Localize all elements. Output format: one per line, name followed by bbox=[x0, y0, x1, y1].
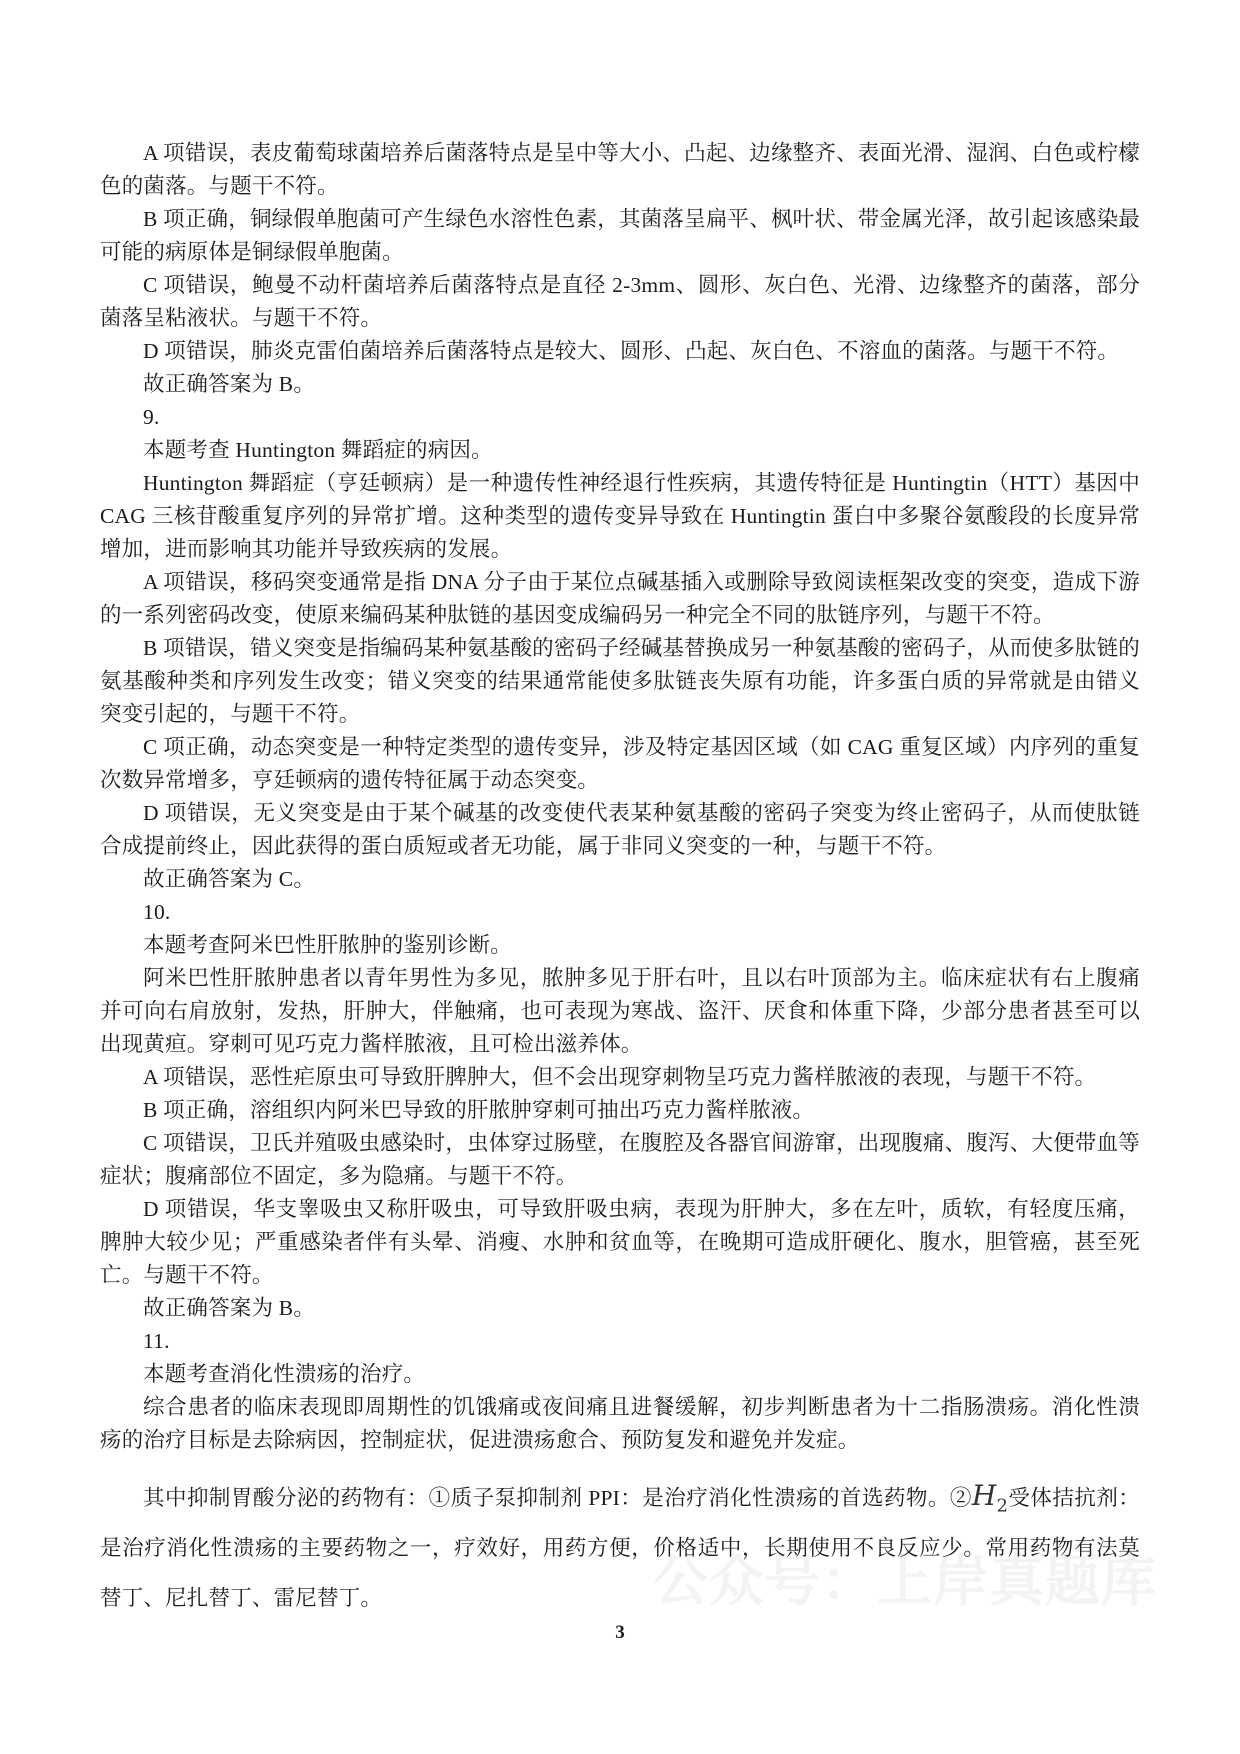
q11-intro: 综合患者的临床表现即周期性的饥饿痛或夜间痛且进餐缓解，初步判断患者为十二指肠溃疡… bbox=[100, 1391, 1140, 1457]
document-body: A 项错误，表皮葡萄球菌培养后菌落特点是呈中等大小、凸起、边缘整齐、表面光滑、湿… bbox=[100, 137, 1140, 1623]
inline-math-h2: H2 bbox=[972, 1479, 1008, 1512]
q10-option-b-analysis: B 项正确，溶组织内阿米巴导致的肝脓肿穿刺可抽出巧克力酱样脓液。 bbox=[100, 1094, 1140, 1127]
q9-intro: Huntington 舞蹈症（亨廷顿病）是一种遗传性神经退行性疾病，其遗传特征是… bbox=[100, 467, 1140, 566]
q10-option-a-analysis: A 项错误，恶性疟原虫可导致肝脾肿大，但不会出现穿刺物呈巧克力酱样脓液的表现，与… bbox=[100, 1061, 1140, 1094]
q11-topic: 本题考查消化性溃疡的治疗。 bbox=[100, 1358, 1140, 1391]
q10-number: 10. bbox=[100, 896, 1140, 929]
q8-option-d-analysis: D 项错误，肺炎克雷伯菌培养后菌落特点是较大、圆形、凸起、灰白色、不溶血的菌落。… bbox=[100, 335, 1140, 368]
q8-correct-answer: 故正确答案为 B。 bbox=[100, 368, 1140, 401]
q9-number: 9. bbox=[100, 401, 1140, 434]
q9-option-a-analysis: A 项错误，移码突变通常是指 DNA 分子由于某位点碱基插入或删除导致阅读框架改… bbox=[100, 566, 1140, 632]
page-number: 3 bbox=[0, 1622, 1240, 1644]
q9-option-d-analysis: D 项错误，无义突变是由于某个碱基的改变使代表某种氨基酸的密码子突变为终止密码子… bbox=[100, 797, 1140, 863]
q10-option-c-analysis: C 项错误，卫氏并殖吸虫感染时，虫体穿过肠壁，在腹腔及各器官间游窜，出现腹痛、腹… bbox=[100, 1127, 1140, 1193]
q8-option-c-analysis: C 项错误，鲍曼不动杆菌培养后菌落特点是直径 2-3mm、圆形、灰白色、光滑、边… bbox=[100, 269, 1140, 335]
q8-option-a-analysis: A 项错误，表皮葡萄球菌培养后菌落特点是呈中等大小、凸起、边缘整齐、表面光滑、湿… bbox=[100, 137, 1140, 203]
q10-intro: 阿米巴性肝脓肿患者以青年男性为多见，脓肿多见于肝右叶，且以右叶顶部为主。临床症状… bbox=[100, 962, 1140, 1061]
q9-option-c-analysis: C 项正确，动态突变是一种特定类型的遗传变异，涉及特定基因区域（如 CAG 重复… bbox=[100, 731, 1140, 797]
q9-topic: 本题考查 Huntington 舞蹈症的病因。 bbox=[100, 434, 1140, 467]
q10-option-d-analysis: D 项错误，华支睾吸虫又称肝吸虫，可导致肝吸虫病，表现为肝肿大，多在左叶，质软，… bbox=[100, 1193, 1140, 1292]
q11-acid-suppression-drugs: 其中抑制胃酸分泌的药物有：①质子泵抑制剂 PPI：是治疗消化性溃疡的首选药物。②… bbox=[100, 1471, 1140, 1623]
q9-correct-answer: 故正确答案为 C。 bbox=[100, 863, 1140, 896]
q10-correct-answer: 故正确答案为 B。 bbox=[100, 1292, 1140, 1325]
q8-option-b-analysis: B 项正确，铜绿假单胞菌可产生绿色水溶性色素，其菌落呈扁平、枫叶状、带金属光泽，… bbox=[100, 203, 1140, 269]
q9-option-b-analysis: B 项错误，错义突变是指编码某种氨基酸的密码子经碱基替换成另一种氨基酸的密码子，… bbox=[100, 632, 1140, 731]
q11-number: 11. bbox=[100, 1325, 1140, 1358]
document-page: 公众号：上岸真题库 A 项错误，表皮葡萄球菌培养后菌落特点是呈中等大小、凸起、边… bbox=[0, 0, 1240, 1754]
q10-topic: 本题考查阿米巴性肝脓肿的鉴别诊断。 bbox=[100, 929, 1140, 962]
